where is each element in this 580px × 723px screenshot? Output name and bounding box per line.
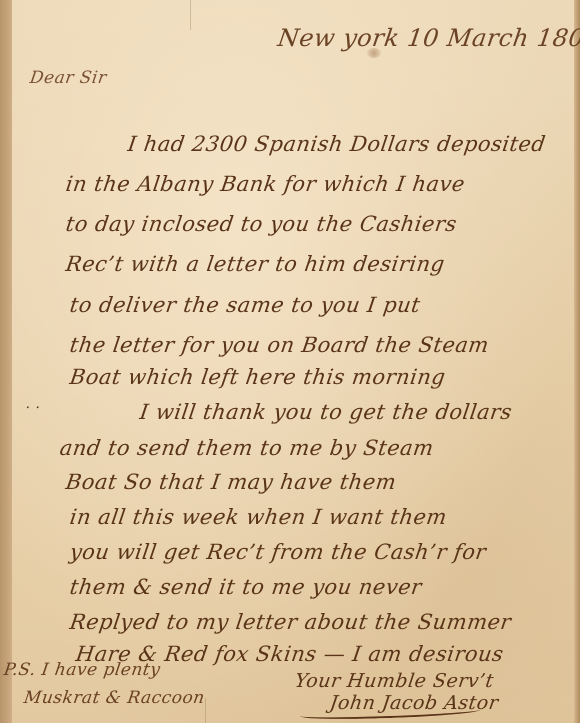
body-line: Rec’t with a letter to him desiring <box>64 252 446 276</box>
postscript-line: P.S. I have plenty <box>3 660 162 680</box>
body-line: I had 2300 Spanish Dollars deposited <box>126 132 547 156</box>
body-line: and to send them to me by Steam <box>58 436 435 460</box>
body-line: the letter for you on Board the Steam <box>68 333 490 357</box>
body-line: you will get Rec’t from the Cash’r for <box>68 540 487 564</box>
salutation: Dear Sir <box>29 68 108 88</box>
frame-edge-right <box>574 0 580 723</box>
body-line: to day inclosed to you the Cashiers <box>64 212 458 236</box>
body-line: them & send it to me you never <box>68 575 423 599</box>
body-line: in the Albany Bank for which I have <box>64 172 466 196</box>
postscript-line: Muskrat & Raccoon <box>23 688 207 708</box>
margin-mark: . . <box>25 396 42 412</box>
body-line: Replyed to my letter about the Summer <box>68 610 513 634</box>
body-line: Boat which left here this morning <box>68 365 447 389</box>
paper-fold-top <box>190 0 191 30</box>
dateline: New york 10 March 1806 <box>276 24 580 52</box>
body-line: to deliver the same to you I put <box>68 293 422 317</box>
body-line: in all this week when I want them <box>68 505 448 529</box>
paper-fold-bottom <box>205 698 206 723</box>
body-line: I will thank you to get the dollars <box>138 400 513 424</box>
closing: Your Humble Serv’t <box>293 670 495 692</box>
body-line: Boat So that I may have them <box>64 470 398 494</box>
frame-edge-left <box>0 0 12 723</box>
